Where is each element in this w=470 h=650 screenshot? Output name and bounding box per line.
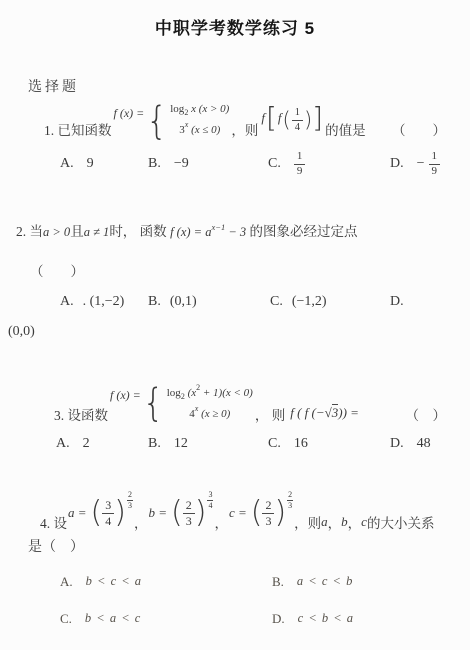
- q1-answer-blank: （ ）: [392, 119, 446, 139]
- right-paren: ): [114, 498, 126, 528]
- base-fraction: 23: [262, 498, 274, 529]
- q3-case-1: log2 (x2 + 1)(x < 0): [167, 382, 253, 403]
- left-brace: {: [146, 98, 167, 143]
- q1-nested-expression: f [ f ( 14 ) ]: [260, 106, 323, 134]
- right-paren: ): [304, 110, 312, 131]
- q3-fx-label: f (x) =: [110, 388, 141, 403]
- q3-options: A.2 B.12 C.16 D.48: [56, 436, 462, 452]
- q2-options: A.. (1,−2) B.(0,1) C.(−1,2) D.: [60, 294, 462, 310]
- q1-lead: 1. 已知函数: [44, 119, 112, 139]
- q1-fx-label: f (x) =: [114, 106, 145, 121]
- q3-option-a: A.2: [56, 436, 148, 452]
- q4-expr-a: a = ( 34 ) 23: [68, 498, 133, 529]
- comma: ，: [328, 512, 342, 532]
- q1-option-a: A.9: [60, 156, 148, 172]
- q1-cases: log2 x (x > 0) 3x (x ≤ 0): [170, 101, 229, 139]
- left-paren: (: [251, 498, 263, 528]
- left-bracket: [: [266, 104, 277, 132]
- question-1: 1. 已知函数 f (x) = { log2 x (x > 0) 3x (x ≤…: [44, 98, 446, 142]
- q3-answer-blank: （ ）: [406, 404, 447, 424]
- q2-condition-1: a > 0: [43, 225, 70, 239]
- q4-option-d: D.c < b < a: [272, 611, 462, 627]
- left-paren: (: [171, 498, 183, 528]
- inner-f: f: [278, 110, 282, 126]
- q4-tail: 的大小关系: [367, 512, 435, 532]
- question-2: 2. 当a > 0且a ≠ 1时， 函数 f (x) = ax−1 − 3 的图…: [16, 220, 358, 240]
- q1-tail: 的值是: [325, 119, 366, 139]
- worksheet-page: 中职学考数学练习 5 选择题 1. 已知函数 f (x) = { log2 x …: [0, 0, 470, 650]
- q3-piecewise-formula: f (x) = { log2 (x2 + 1)(x < 0) 4x (x ≥ 0…: [110, 382, 253, 423]
- q3-expression: f ( f (−√3)) =: [290, 405, 359, 421]
- right-paren: ): [274, 498, 286, 528]
- q3-option-b: B.12: [148, 436, 268, 452]
- q2-answer-blank: （ ）: [30, 260, 84, 280]
- q2-option-b: B.(0,1): [148, 294, 270, 310]
- q3-case-2: 4x (x ≥ 0): [189, 403, 230, 423]
- q2-option-c: C.(−1,2): [270, 294, 390, 310]
- q4-options: A.b < c < a B.a < c < b C.b < a < c D.c …: [60, 563, 462, 637]
- question-4: 4. 设 a = ( 34 ) 23 ， b = ( 23 ) 34 ， c =…: [40, 488, 434, 538]
- q2-text: 且: [70, 224, 84, 239]
- q4-option-a: A.b < c < a: [60, 574, 272, 590]
- exponent-fraction: 23: [127, 490, 133, 510]
- fraction-one-fourth: 14: [292, 106, 303, 133]
- q2-option-a: A.. (1,−2): [60, 294, 148, 310]
- q1-options: A.9 B.−9 C.19 D.−19: [60, 150, 462, 179]
- q2-text: 时， 函数: [109, 224, 166, 239]
- page-title: 中职学考数学练习 5: [0, 14, 470, 39]
- right-paren: ): [195, 498, 207, 528]
- q2-tail: 的图象必经过定点: [250, 224, 358, 239]
- q2-text: 2. 当: [16, 224, 43, 239]
- case-condition: (x ≤ 0): [188, 124, 220, 136]
- minus-sign: −: [417, 156, 425, 172]
- q1-case-1: log2 x (x > 0): [170, 101, 229, 119]
- q3-option-d: D.48: [390, 436, 462, 452]
- q2-function-tail: − 3: [225, 225, 246, 239]
- question-3: 3. 设函数 f (x) = { log2 (x2 + 1)(x < 0) 4x…: [54, 376, 446, 428]
- q4-expr-c: c = ( 23 ) 23: [229, 498, 293, 529]
- case-condition: x (x > 0): [188, 103, 229, 115]
- comma: ，: [134, 512, 148, 532]
- q2-function: f (x) = a: [170, 225, 211, 239]
- exponent-fraction: 23: [287, 490, 293, 510]
- q3-option-c: C.16: [268, 436, 390, 452]
- fraction-one-ninth: 19: [294, 150, 306, 179]
- q1-case-2: 3x (x ≤ 0): [179, 119, 220, 139]
- exponent-fraction: 34: [207, 490, 213, 510]
- q4-answer-blank: 是（ ）: [28, 536, 84, 556]
- log-text: log: [170, 103, 184, 115]
- q1-option-b: B.−9: [148, 156, 268, 172]
- log-text: log: [167, 387, 181, 399]
- left-paren: (: [283, 110, 291, 131]
- q4-text: ，则: [294, 512, 321, 532]
- q2-option-d-value: (0,0): [8, 324, 35, 340]
- sqrt-sign: √: [325, 405, 332, 420]
- base-fraction: 23: [183, 498, 195, 529]
- comma: ，: [348, 512, 362, 532]
- left-paren: (: [91, 498, 103, 528]
- q4-option-c: C.b < a < c: [60, 611, 272, 627]
- comma: ，: [214, 512, 228, 532]
- left-brace: {: [143, 380, 164, 425]
- q4-option-b: B.a < c < b: [272, 574, 462, 590]
- q2-exponent: x−1: [211, 222, 225, 232]
- q4-expr-b: b = ( 23 ) 34: [148, 498, 213, 529]
- q2-option-d: D.: [390, 294, 462, 310]
- q3-mid: ， 则: [255, 404, 285, 424]
- q1-option-d: D.−19: [390, 150, 462, 179]
- q2-condition-2: a ≠ 1: [84, 225, 110, 239]
- section-label: 选择题: [28, 76, 79, 96]
- fraction-one-ninth: 19: [429, 150, 441, 179]
- q1-mid: ，则: [231, 119, 258, 139]
- q1-option-c: C.19: [268, 150, 390, 179]
- right-bracket: ]: [312, 104, 323, 132]
- q3-cases: log2 (x2 + 1)(x < 0) 4x (x ≥ 0): [167, 382, 253, 423]
- q1-piecewise-formula: f (x) = { log2 x (x > 0) 3x (x ≤ 0): [114, 101, 230, 140]
- base-fraction: 34: [102, 498, 114, 529]
- outer-f: f: [261, 110, 265, 126]
- q4-lead: 4. 设: [40, 512, 67, 532]
- q3-lead: 3. 设函数: [54, 404, 108, 424]
